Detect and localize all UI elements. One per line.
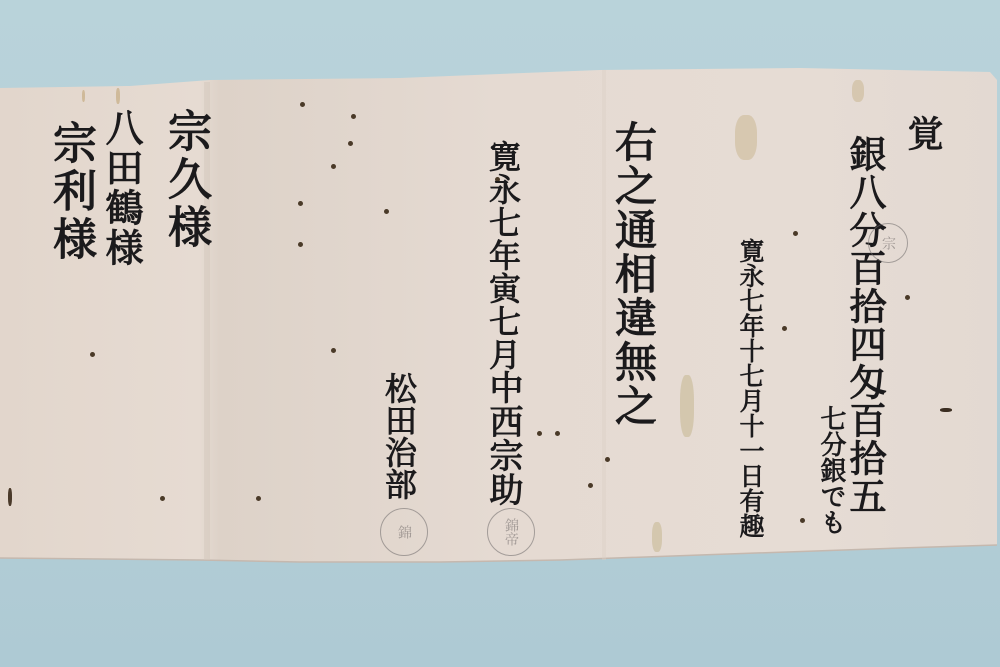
worm-hole bbox=[588, 483, 593, 488]
damage-stain bbox=[652, 522, 662, 552]
seal-stamp-1: 宗 bbox=[868, 223, 908, 263]
worm-hole bbox=[298, 201, 303, 206]
text-column-heading: 覚 bbox=[905, 115, 941, 153]
text-column-amount: 銀八分百拾四匁百拾五 bbox=[846, 135, 883, 515]
damage-stain bbox=[852, 80, 864, 102]
damage-stain bbox=[940, 408, 952, 412]
seal-stamp-2: 錦帝 bbox=[487, 508, 535, 556]
worm-hole bbox=[537, 431, 542, 436]
seal-stamp-3: 錦 bbox=[380, 508, 428, 556]
worm-hole bbox=[800, 518, 805, 523]
worm-hole bbox=[384, 209, 389, 214]
text-column-date-note: 寛永七年十七月十一日有趣 bbox=[738, 238, 763, 538]
damage-stain bbox=[82, 90, 85, 102]
worm-hole bbox=[905, 295, 910, 300]
signatory-1: 中西宗助 bbox=[486, 370, 520, 506]
damage-stain bbox=[116, 88, 120, 104]
worm-hole bbox=[160, 496, 165, 501]
worm-hole bbox=[256, 496, 261, 501]
worm-hole bbox=[605, 457, 610, 462]
addressee-3: 宗利様 bbox=[48, 120, 92, 264]
damage-stain bbox=[8, 488, 12, 506]
worm-hole bbox=[298, 242, 303, 247]
worm-hole bbox=[300, 102, 305, 107]
worm-hole bbox=[351, 114, 356, 119]
signatory-2: 松田治部 bbox=[383, 372, 415, 500]
damage-stain bbox=[735, 115, 757, 160]
addressee-2: 八田鶴様 bbox=[102, 108, 140, 268]
text-column-confirmation: 右之通相違無之 bbox=[612, 120, 654, 428]
worm-hole bbox=[90, 352, 95, 357]
document-paper: 覚 銀八分百拾四匁百拾五 七分銀でも 寛永七年十七月十一日有趣 右之通相違無之 … bbox=[0, 0, 1000, 667]
damage-stain bbox=[680, 375, 694, 437]
worm-hole bbox=[793, 231, 798, 236]
addressee-1: 宗久様 bbox=[163, 108, 207, 252]
worm-hole bbox=[331, 164, 336, 169]
worm-hole bbox=[348, 141, 353, 146]
text-column-date: 寛永七年寅七月 bbox=[487, 140, 519, 371]
worm-hole bbox=[331, 348, 336, 353]
text-column-note: 七分銀でも bbox=[818, 405, 844, 535]
worm-hole bbox=[782, 326, 787, 331]
worm-hole bbox=[555, 431, 560, 436]
